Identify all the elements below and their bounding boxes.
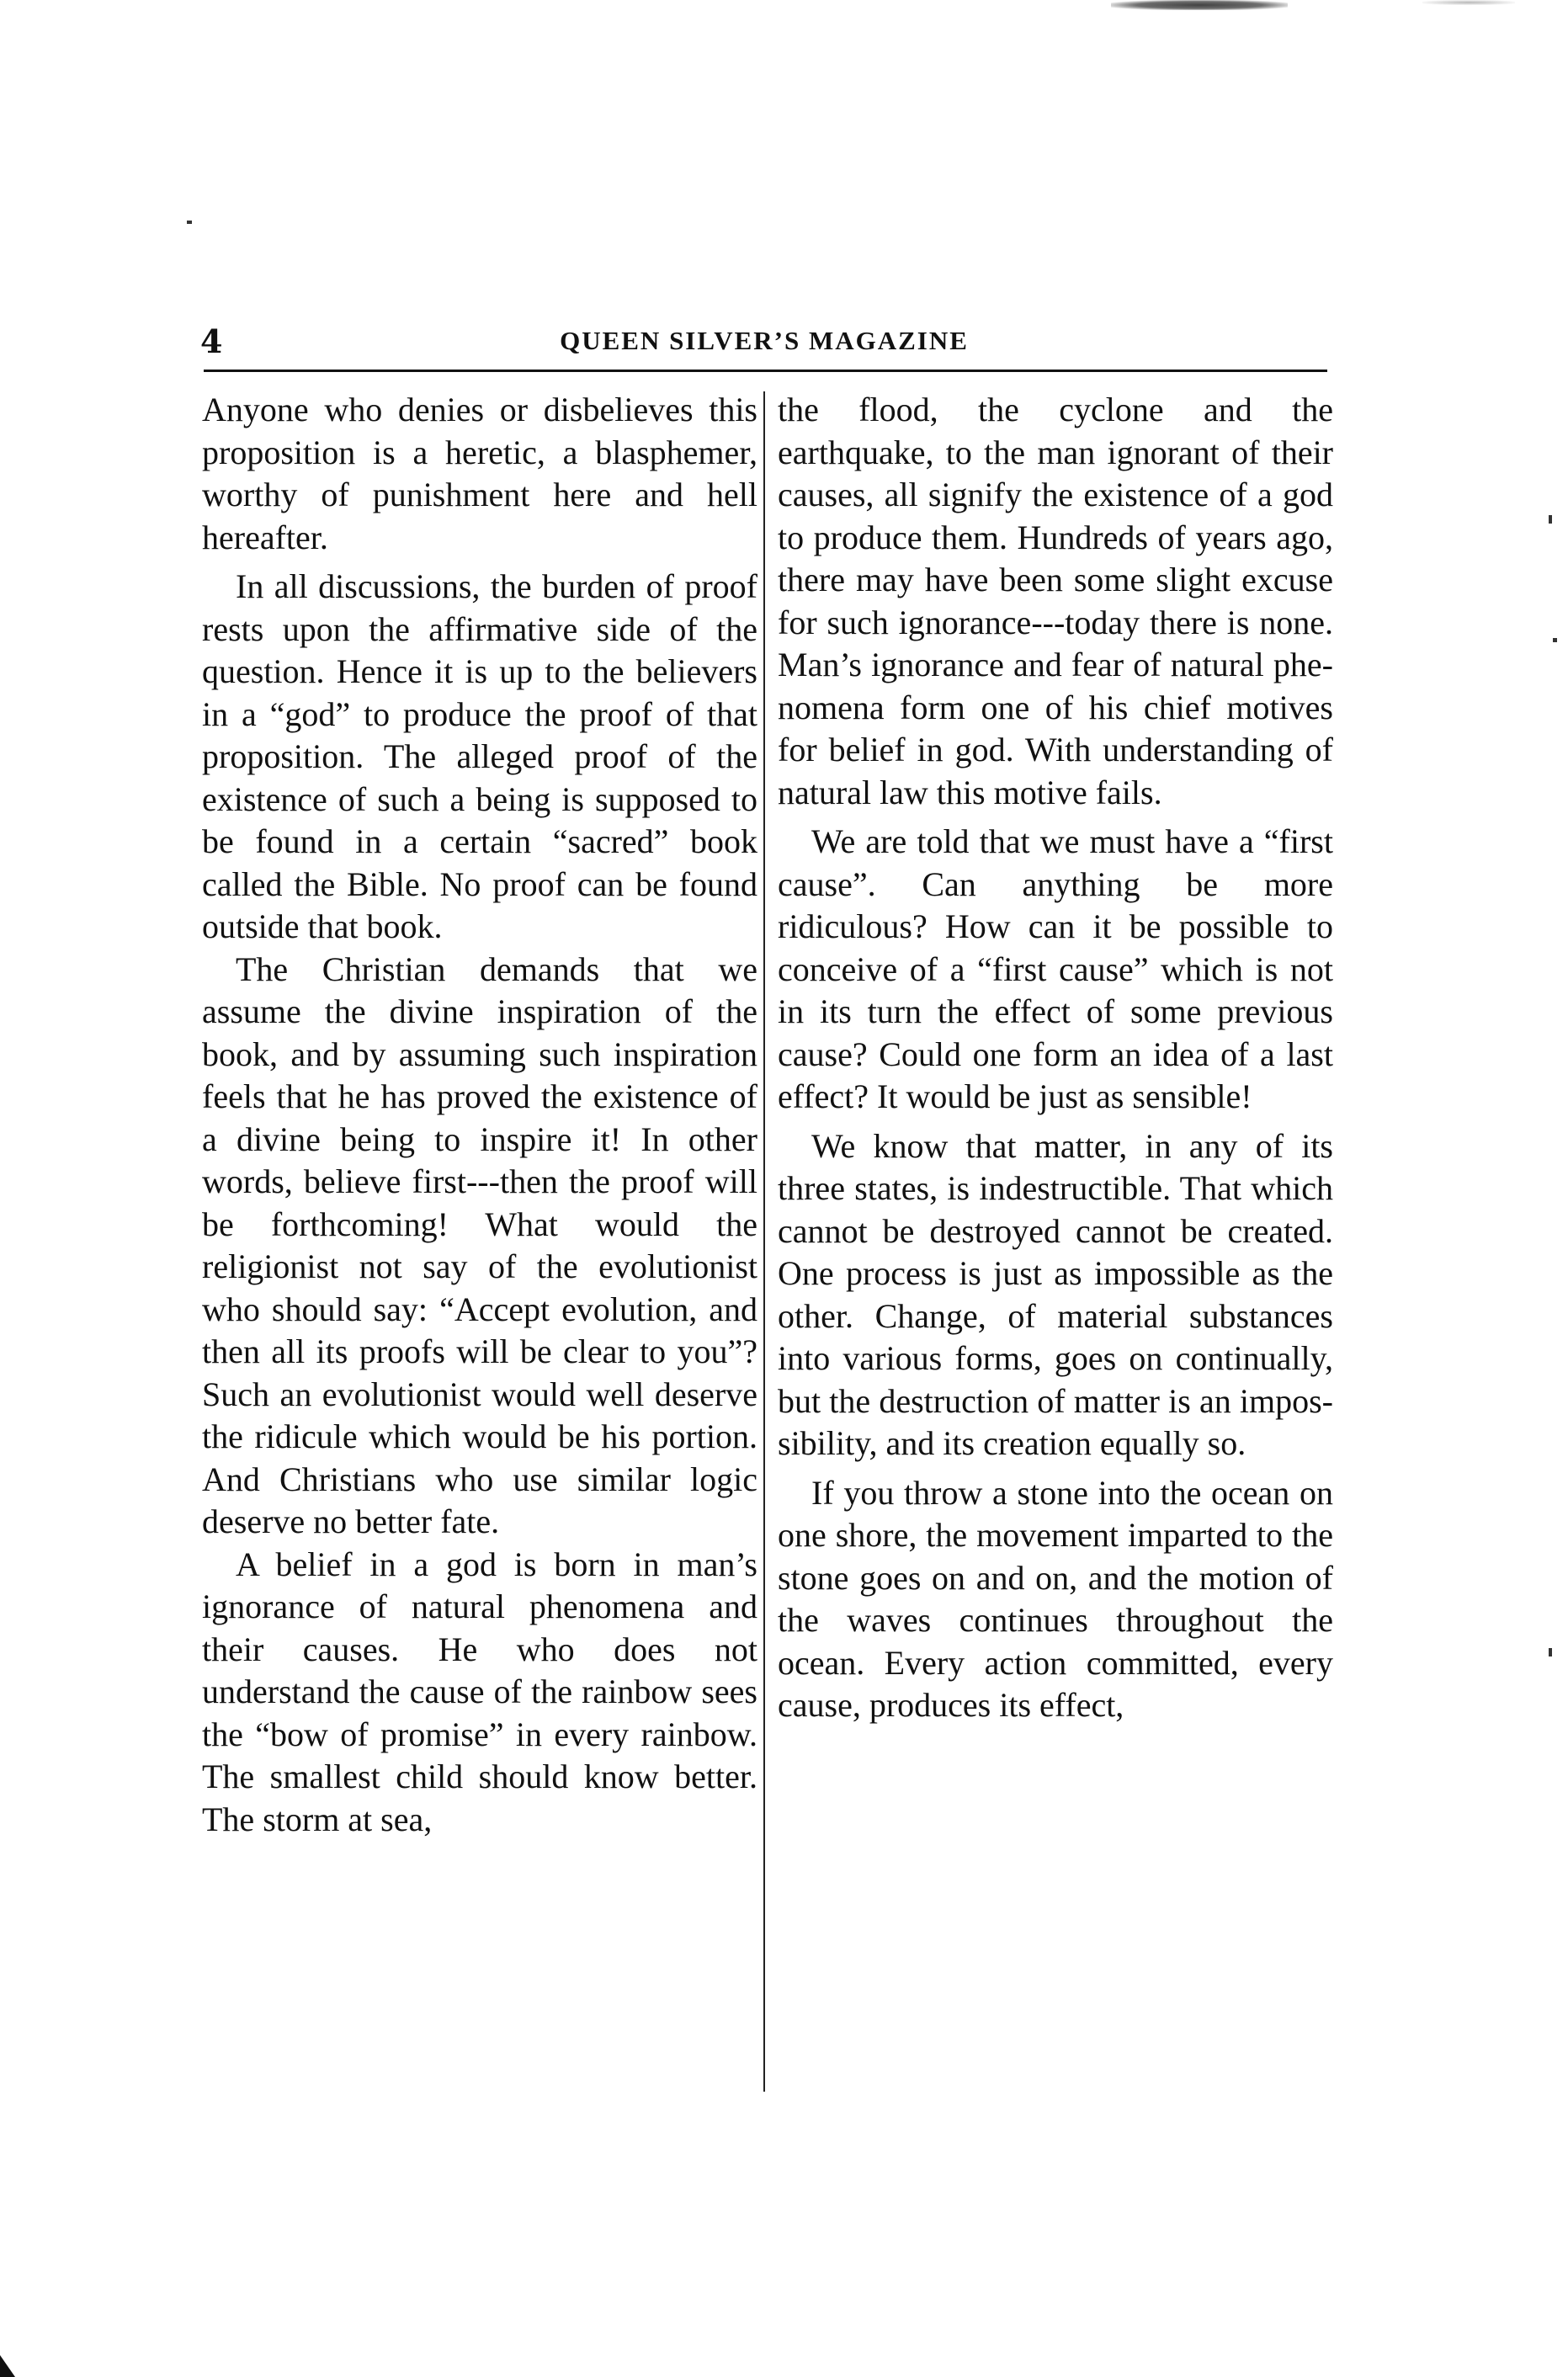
margin-speck — [1553, 638, 1557, 642]
paragraph: A belief in a god is born in man’s ignor… — [202, 1544, 757, 1842]
scan-artifact — [1422, 0, 1515, 5]
header-rule — [204, 370, 1327, 372]
paragraph: Anyone who denies or disbelieves this pr… — [202, 389, 757, 559]
paragraph: In all discussions, the burden of proof … — [202, 566, 757, 949]
left-column: Anyone who denies or disbelieves this pr… — [202, 389, 757, 1841]
paragraph: If you throw a stone into the ocean on o… — [778, 1472, 1333, 1727]
page-header: 4 QUEEN SILVER’S MAGAZINE — [200, 322, 1328, 364]
scan-artifact — [1111, 0, 1288, 10]
paragraph: We are told that we must have a “first c… — [778, 821, 1333, 1119]
paragraph: The Christian demands that we assume the… — [202, 949, 757, 1544]
column-divider — [763, 391, 765, 2092]
paragraph: the flood, the cyclone and the earthquak… — [778, 389, 1333, 814]
paragraph: We know that matter, in any of its three… — [778, 1125, 1333, 1465]
margin-speck — [1549, 1648, 1552, 1656]
margin-speck — [187, 221, 192, 224]
margin-speck — [1549, 515, 1552, 524]
running-title: QUEEN SILVER’S MAGAZINE — [200, 326, 1328, 356]
right-column: the flood, the cyclone and the earthquak… — [778, 389, 1333, 1727]
scan-corner-mark — [0, 2355, 15, 2377]
